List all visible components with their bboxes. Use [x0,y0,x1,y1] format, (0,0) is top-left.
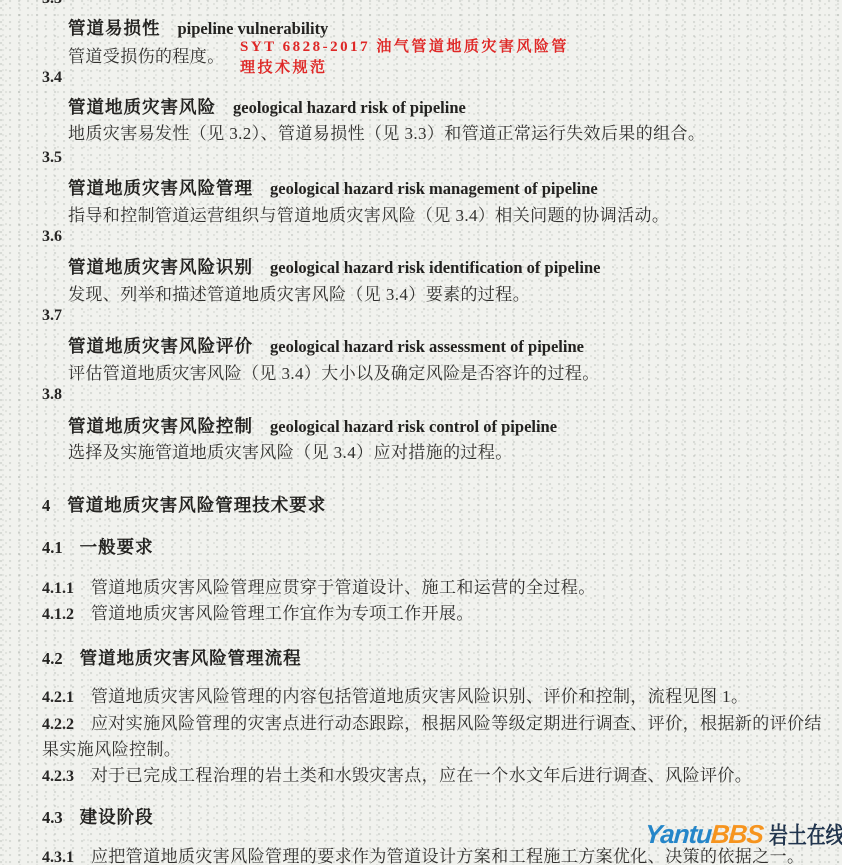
document-page: { "page": { "background": "#f1f2ee", "te… [0,0,842,865]
term-heading: 管道地质灾害风险geological hazard risk of pipeli… [68,94,466,119]
clause: 4.1.1管道地质灾害风险管理应贯穿于管道设计、施工和运营的全过程。 [42,575,822,601]
term-en: geological hazard risk management of pip… [270,179,598,198]
section-number: 3.5 [42,149,62,167]
clause: 4.2.1管道地质灾害风险管理的内容包括管道地质灾害风险识别、评价和控制，流程见… [42,684,822,710]
chapter-number: 4 [42,496,50,515]
term-zh: 管道易损性 [68,18,161,38]
clause-number: 4.3.1 [42,849,74,865]
clause-text: 应把管道地质灾害风险管理的要求作为管道设计方案和工程施工方案优化、决策的依据之一… [91,847,804,865]
clause-number: 4.2.2 [42,716,74,733]
clause-text: 应对实施风险管理的灾害点进行动态跟踪，根据风险等级定期进行调查、评价，根据新的评… [42,714,822,759]
subsection-number: 4.2 [42,649,63,668]
subsection-title: 建设阶段 [80,807,154,827]
term-definition: 指导和控制管道运营组织与管道地质灾害风险（见 3.4）相关问题的协调活动。 [68,201,669,226]
term-definition: 选择及实施管道地质灾害风险（见 3.4）应对措施的过程。 [68,438,513,463]
term-heading: 管道地质灾害风险识别geological hazard risk identif… [68,254,600,279]
term-en: geological hazard risk control of pipeli… [270,417,557,436]
subsection-heading: 4.2管道地质灾害风险管理流程 [42,645,302,670]
stamp-line-2: 理技术规范 [240,58,569,79]
subsection-heading: 4.3建设阶段 [42,804,154,829]
chapter-heading: 4管道地质灾害风险管理技术要求 [42,492,326,517]
clause: 4.3.1应把管道地质灾害风险管理的要求作为管道设计方案和工程施工方案优化、决策… [42,844,822,865]
clause-number: 4.1.1 [42,580,74,597]
clause-text: 管道地质灾害风险管理应贯穿于管道设计、施工和运营的全过程。 [91,578,596,597]
clause-number: 4.1.2 [42,606,74,623]
term-en: pipeline vulnerability [178,19,329,38]
standard-number-stamp: SYT 6828-2017 油气管道地质灾害风险管 理技术规范 [240,37,569,79]
stamp-line-1: SYT 6828-2017 油气管道地质灾害风险管 [240,37,569,58]
clause: 4.1.2管道地质灾害风险管理工作宜作为专项工作开展。 [42,601,822,627]
term-en: geological hazard risk assessment of pip… [270,337,584,356]
subsection-title: 一般要求 [80,537,154,557]
term-zh: 管道地质灾害风险识别 [68,257,253,277]
section-number: 3.6 [42,228,62,246]
term-definition: 发现、列举和描述管道地质灾害风险（见 3.4）要素的过程。 [68,280,530,305]
term-heading: 管道地质灾害风险控制geological hazard risk control… [68,413,557,438]
term-en: geological hazard risk identification of… [270,258,600,277]
term-definition: 地质灾害易发性（见 3.2）、管道易损性（见 3.3）和管道正常运行失效后果的组… [68,119,705,144]
term-definition: 管道受损伤的程度。 [68,42,225,67]
subsection-number: 4.3 [42,808,63,827]
term-heading: 管道地质灾害风险管理geological hazard risk managem… [68,175,598,200]
section-number: 3.7 [42,307,62,325]
subsection-number: 4.1 [42,538,63,557]
term-zh: 管道地质灾害风险管理 [68,178,253,198]
term-definition: 评估管道地质灾害风险（见 3.4）大小以及确定风险是否容许的过程。 [68,359,600,384]
term-en: geological hazard risk of pipeline [233,98,466,117]
subsection-title: 管道地质灾害风险管理流程 [80,648,302,668]
chapter-title: 管道地质灾害风险管理技术要求 [67,495,326,515]
term-zh: 管道地质灾害风险评价 [68,336,253,356]
term-heading: 管道地质灾害风险评价geological hazard risk assessm… [68,333,584,358]
clause-number: 4.2.3 [42,768,74,785]
clause-text: 管道地质灾害风险管理工作宜作为专项工作开展。 [91,604,474,623]
clause-text: 管道地质灾害风险管理的内容包括管道地质灾害风险识别、评价和控制，流程见图 1。 [91,687,748,706]
section-number: 3.4 [42,69,62,87]
section-number: 3.8 [42,386,62,404]
section-number-3-3-clipped: 3.3 [42,0,62,8]
term-zh: 管道地质灾害风险控制 [68,416,253,436]
clause-text: 对于已完成工程治理的岩土类和水毁灾害点，应在一个水文年后进行调查、风险评价。 [91,766,752,785]
clause: 4.2.2应对实施风险管理的灾害点进行动态跟踪，根据风险等级定期进行调查、评价，… [42,711,822,762]
subsection-heading: 4.1一般要求 [42,534,154,559]
clause-number: 4.2.1 [42,689,74,706]
clause: 4.2.3对于已完成工程治理的岩土类和水毁灾害点，应在一个水文年后进行调查、风险… [42,763,822,789]
term-zh: 管道地质灾害风险 [68,97,216,117]
